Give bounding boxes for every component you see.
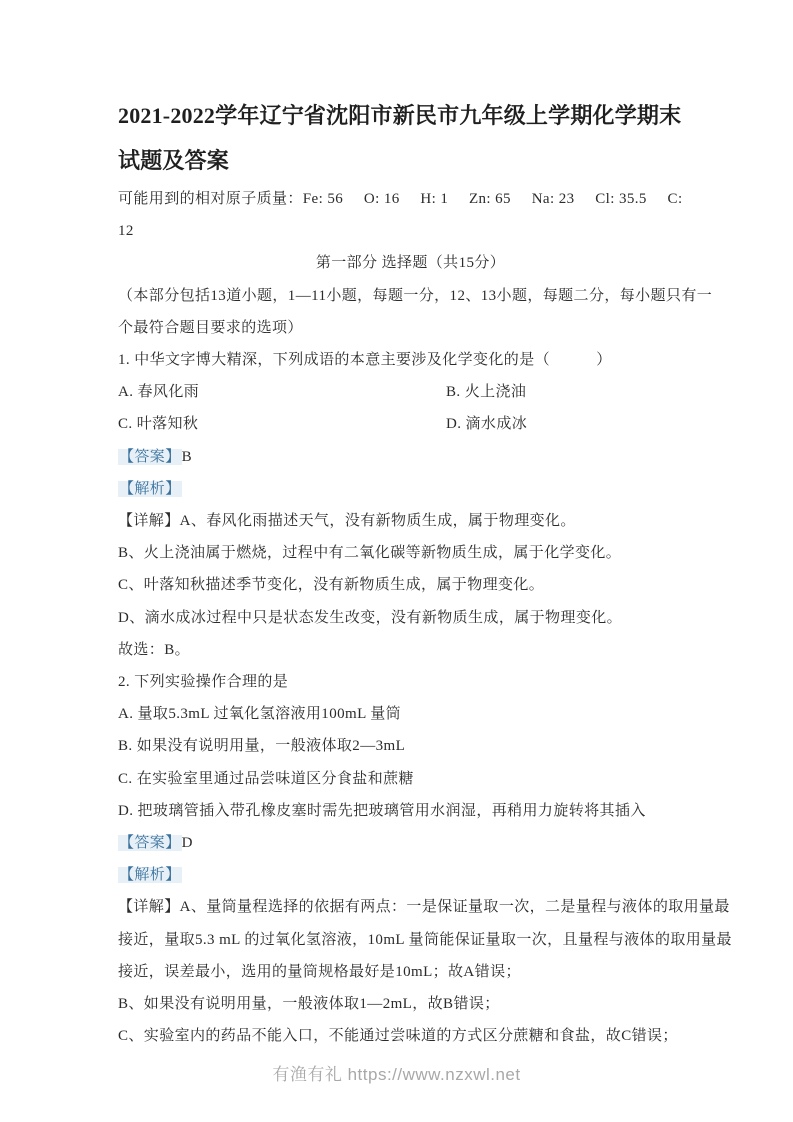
q2-option-d: D. 把玻璃管插入带孔橡皮塞时需先把玻璃管用水润湿，再稍用力旋转将其插入	[118, 795, 703, 827]
atomic-mass-note: 可能用到的相对原子质量：Fe: 56 O: 16 H: 1 Zn: 65 Na:…	[118, 183, 703, 247]
q1-answer-label: 【答案】	[118, 449, 182, 465]
q1-analysis-line: 【解析】	[118, 473, 703, 505]
q2-analysis-line: 【解析】	[118, 859, 703, 891]
watermark-footer: 有渔有礼 https://www.nzxwl.net	[0, 1060, 793, 1085]
q2-answer-line: 【答案】D	[118, 827, 703, 859]
q1-options-row-1: A. 春风化雨B. 火上浇油	[118, 376, 703, 408]
section-title: 第一部分 选择题（共15分）	[118, 247, 703, 279]
q2-explanation: 【详解】A、量筒量程选择的依据有两点：一是保证量取一次，二是量程与液体的取用量最…	[118, 891, 703, 1052]
section-note: （本部分包括13道小题，1—11小题，每题一分，12、13小题，每题二分，每小题…	[118, 280, 703, 344]
document-body: 可能用到的相对原子质量：Fe: 56 O: 16 H: 1 Zn: 65 Na:…	[0, 183, 793, 1052]
q2-answer-value: D	[182, 835, 193, 851]
document-title: 2021-2022学年辽宁省沈阳市新民市九年级上学期化学期末试题及答案	[0, 0, 696, 183]
q2-stem: 2. 下列实验操作合理的是	[118, 666, 703, 698]
q2-option-b: B. 如果没有说明用量，一般液体取2—3mL	[118, 730, 703, 762]
q1-answer-value: B	[182, 449, 192, 465]
q1-option-a: A. 春风化雨	[118, 376, 446, 408]
q2-option-a: A. 量取5.3mL 过氧化氢溶液用100mL 量筒	[118, 698, 703, 730]
q1-option-d: D. 滴水成冰	[446, 416, 527, 432]
q1-stem: 1. 中华文字博大精深，下列成语的本意主要涉及化学变化的是（ ）	[118, 344, 703, 376]
q2-option-c: C. 在实验室里通过品尝味道区分食盐和蔗糖	[118, 763, 703, 795]
q1-explanation: 【详解】A、春风化雨描述天气，没有新物质生成，属于物理变化。 B、火上浇油属于燃…	[118, 505, 703, 666]
q2-answer-label: 【答案】	[118, 835, 182, 851]
q2-analysis-label: 【解析】	[118, 867, 182, 883]
q1-options-row-2: C. 叶落知秋D. 滴水成冰	[118, 408, 703, 440]
q1-option-c: C. 叶落知秋	[118, 408, 446, 440]
q1-answer-line: 【答案】B	[118, 441, 703, 473]
q1-option-b: B. 火上浇油	[446, 384, 526, 400]
document-page: 2021-2022学年辽宁省沈阳市新民市九年级上学期化学期末试题及答案 可能用到…	[0, 0, 793, 1122]
q1-analysis-label: 【解析】	[118, 481, 182, 497]
